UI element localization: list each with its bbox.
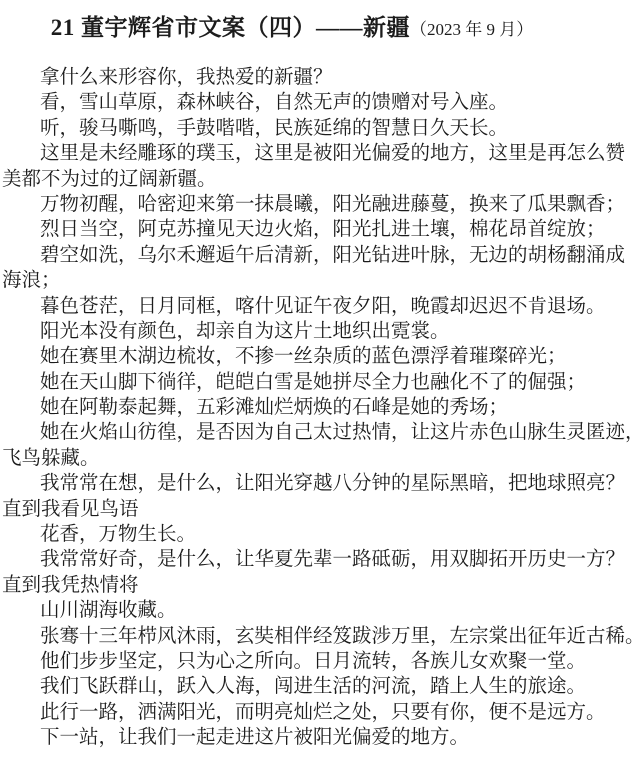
text-line: 山川湖海收藏。 <box>2 598 642 623</box>
text-line: 她在火焰山彷徨，是否因为自己太过热情，让这片赤色山脉生灵匿迹， <box>2 420 642 445</box>
text-line: 他们步步坚定，只为心之所向。日月流转，各族儿女欢聚一堂。 <box>2 649 642 674</box>
text-line: 我常常好奇，是什么，让华夏先辈一路砥砺，用双脚拓开历史一方？ <box>2 547 642 572</box>
text-line: 这里是未经雕琢的璞玉，这里是被阳光偏爱的地方，这里是再怎么赞 <box>2 141 642 166</box>
text-line: 我常常在想，是什么，让阳光穿越八分钟的星际黑暗，把地球照亮？ <box>2 471 642 496</box>
text-line: 美都不为过的辽阔新疆。 <box>2 167 642 192</box>
text-line: 此行一路，洒满阳光，而明亮灿烂之处，只要有你，便不是远方。 <box>2 700 642 725</box>
text-line: 拿什么来形容你，我热爱的新疆？ <box>2 65 642 90</box>
document-title: 21 董宇辉省市文案（四）——新疆（2023 年 9 月） <box>2 12 642 46</box>
text-line: 花香，万物生长。 <box>2 522 642 547</box>
text-line: 她在赛里木湖边梳妆，不掺一丝杂质的蓝色漂浮着璀璨碎光； <box>2 344 642 369</box>
text-line: 她在阿勒泰起舞，五彩滩灿烂炳焕的石峰是她的秀场； <box>2 395 642 420</box>
document-title-text: 21 董宇辉省市文案（四）——新疆 <box>51 15 410 40</box>
document-body: 拿什么来形容你，我热爱的新疆？看，雪山草原，森林峡谷，自然无声的馈赠对号入座。听… <box>2 65 642 751</box>
document-page: 21 董宇辉省市文案（四）——新疆（2023 年 9 月） 拿什么来形容你，我热… <box>0 0 644 763</box>
text-line: 海浪； <box>2 268 642 293</box>
text-line: 听，骏马嘶鸣，手鼓喈喈，民族延绵的智慧日久天长。 <box>2 116 642 141</box>
text-line: 直到我凭热情将 <box>2 573 642 598</box>
text-line: 她在天山脚下徜徉，皑皑白雪是她拼尽全力也融化不了的倔强； <box>2 370 642 395</box>
text-line: 看，雪山草原，森林峡谷，自然无声的馈赠对号入座。 <box>2 90 642 115</box>
text-line: 碧空如洗，乌尔禾邂逅午后清新，阳光钻进叶脉，无边的胡杨翻涌成 <box>2 243 642 268</box>
text-line: 下一站，让我们一起走进这片被阳光偏爱的地方。 <box>2 725 642 750</box>
text-line: 暮色苍茫，日月同框，喀什见证午夜夕阳，晚霞却迟迟不肯退场。 <box>2 294 642 319</box>
text-line: 飞鸟躲藏。 <box>2 446 642 471</box>
text-line: 我们飞跃群山，跃入人海，闯进生活的河流，踏上人生的旅途。 <box>2 674 642 699</box>
text-line: 张骞十三年栉风沐雨，玄奘相伴经笈跋涉万里，左宗棠出征年近古稀。 <box>2 624 642 649</box>
text-line: 阳光本没有颜色，却亲自为这片土地织出霓裳。 <box>2 319 642 344</box>
text-line: 烈日当空，阿克苏撞见天边火焰，阳光扎进土壤，棉花昂首绽放； <box>2 217 642 242</box>
document-title-date: （2023 年 9 月） <box>410 20 533 39</box>
text-line: 直到我看见鸟语 <box>2 497 642 522</box>
text-line: 万物初醒，哈密迎来第一抹晨曦，阳光融进藤蔓，换来了瓜果飘香； <box>2 192 642 217</box>
